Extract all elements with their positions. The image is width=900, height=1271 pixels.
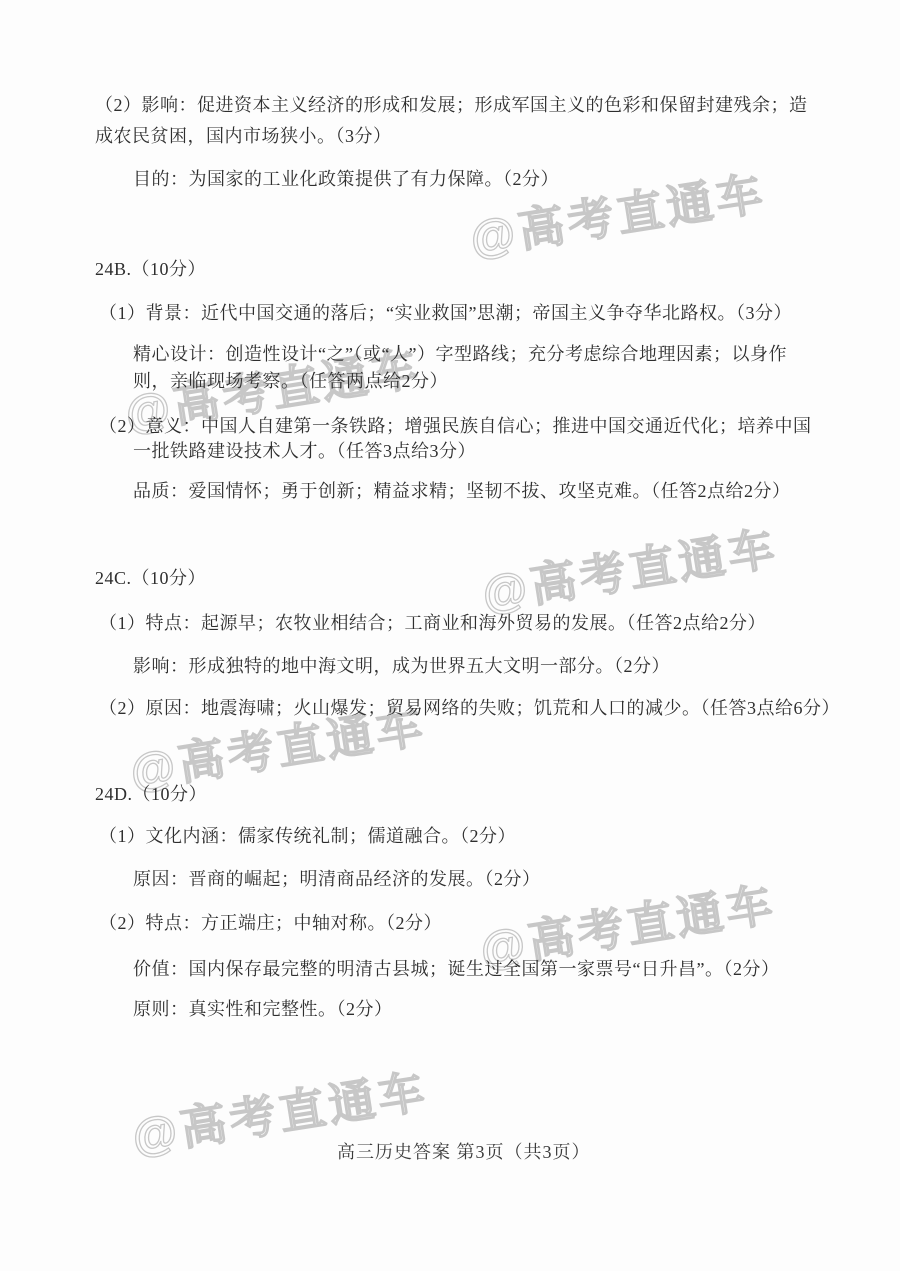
answer-line: 原因：晋商的崛起；明清商品经济的发展。（2分）: [133, 867, 541, 891]
answer-line: 品质：爱国情怀；勇于创新；精益求精；坚韧不拔、攻坚克难。（任答2点给2分）: [133, 479, 791, 503]
answer-line: 一批铁路建设技术人才。（任答3点给3分）: [133, 439, 476, 463]
answer-line: （2）原因：地震海啸；火山爆发；贸易网络的失败；饥荒和人口的减少。（任答3点给6…: [99, 696, 840, 720]
answer-line: （1）背景：近代中国交通的落后；“实业救国”思潮；帝国主义争夺华北路权。（3分）: [99, 301, 792, 325]
answer-line: 价值：国内保存最完整的明清古县城；诞生过全国第一家票号“日升昌”。（2分）: [133, 957, 779, 981]
answer-line: 精心设计：创造性设计“之”（或“人”）字型路线；充分考虑综合地理因素；以身作: [133, 342, 787, 366]
section-heading-24c: 24C.（10分）: [95, 566, 206, 590]
page-footer: 高三历史答案 第3页（共3页）: [337, 1138, 591, 1164]
answer-line: （1）特点：起源早；农牧业相结合；工商业和海外贸易的发展。（任答2点给2分）: [99, 611, 766, 635]
answer-line: 成农民贫困，国内市场狭小。（3分）: [95, 124, 392, 148]
answer-line: （2）意义：中国人自建第一条铁路；增强民族自信心；推进中国交通近代化；培养中国: [99, 414, 812, 438]
answer-line: （2）影响：促进资本主义经济的形成和发展；形成军国主义的色彩和保留封建残余；造: [95, 93, 808, 117]
answer-line: （1）文化内涵：儒家传统礼制；儒道融合。（2分）: [99, 824, 516, 848]
answer-line: 原则：真实性和完整性。（2分）: [133, 997, 393, 1021]
watermark-stamp: @高考直通车: [477, 512, 783, 624]
scanned-answer-page: @高考直通车 @高考直通车 @高考直通车 @高考直通车 @高考直通车 @高考直通…: [0, 0, 900, 1271]
answer-line: 影响：形成独特的地中海文明，成为世界五大文明一部分。（2分）: [133, 654, 670, 678]
answer-line: 目的：为国家的工业化政策提供了有力保障。（2分）: [133, 167, 559, 191]
answer-line: 则，亲临现场考察。（任答两点给2分）: [133, 369, 448, 393]
section-heading-24b: 24B.（10分）: [95, 257, 206, 281]
answer-line: （2）特点：方正端庄；中轴对称。（2分）: [99, 911, 442, 935]
section-heading-24d: 24D.（10分）: [95, 782, 207, 806]
